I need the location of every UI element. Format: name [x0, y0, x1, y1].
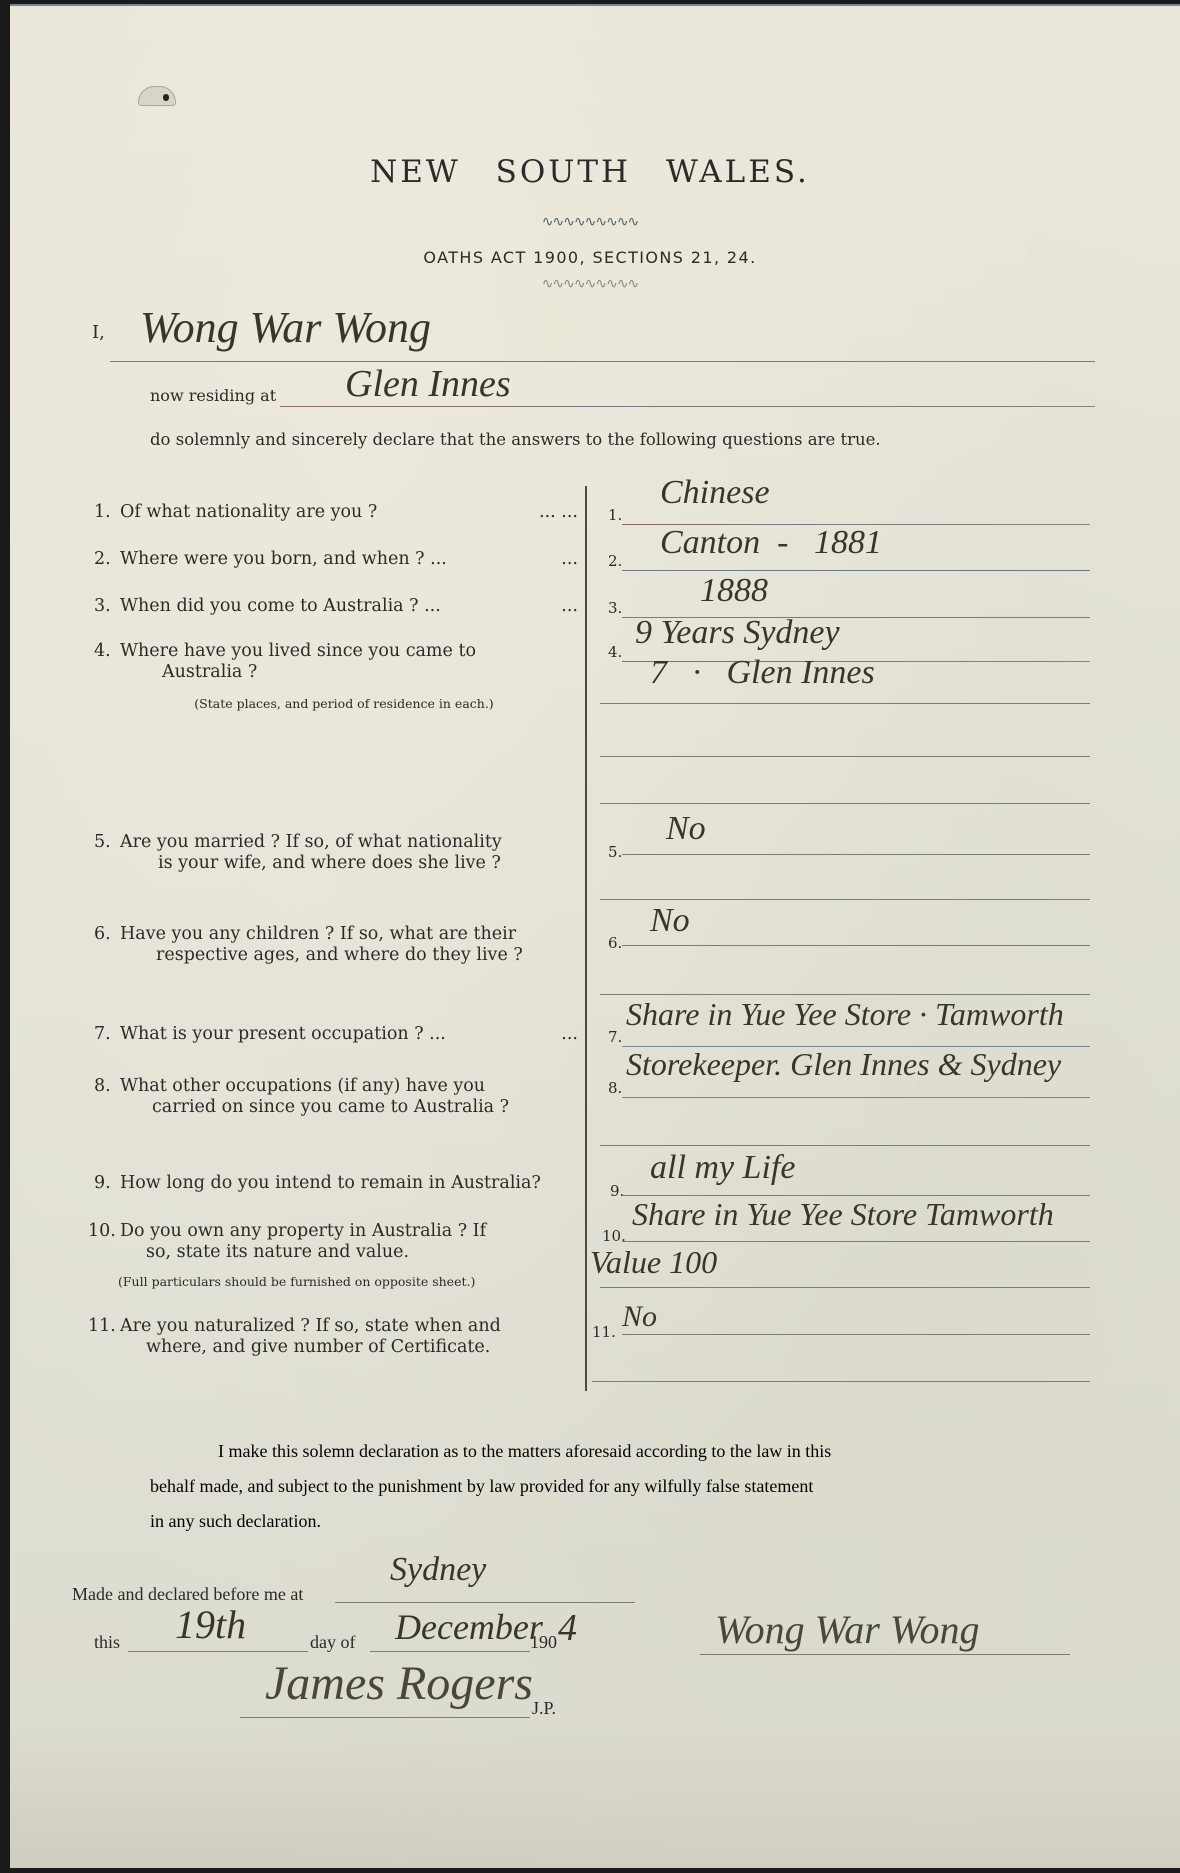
answer-5-number: 5.	[608, 843, 622, 861]
answer-9-field[interactable]: all my Life	[650, 1151, 795, 1185]
answer-3-number: 3.	[608, 599, 622, 617]
answer-11-number: 11.	[592, 1323, 616, 1341]
question-7: 7.What is your present occupation ? ... …	[94, 1024, 584, 1045]
month-field[interactable]: December	[395, 1606, 543, 1648]
question-5: 5.Are you married ? If so, of what natio…	[94, 832, 584, 874]
answer-2-field[interactable]: Canton - 1881	[660, 526, 882, 560]
declarant-signature-line	[700, 1654, 1070, 1655]
answer-10-line2	[600, 1287, 1090, 1288]
residing-label: now residing at	[150, 386, 276, 405]
question-4-note: (State places, and period of residence i…	[94, 693, 584, 714]
name-line	[110, 361, 1095, 362]
residence-line	[280, 406, 1095, 407]
answer-11-line	[622, 1334, 1090, 1335]
day-of-label: day of	[310, 1632, 355, 1653]
answer-5-line	[622, 854, 1090, 855]
declarant-prefix: I,	[92, 322, 105, 343]
page-title: NEW SOUTH WALES.	[0, 154, 1180, 190]
answer-9-number: 9.	[610, 1182, 624, 1200]
ornament-divider-lower: ∿∿∿∿∿∿∿∿∿	[0, 276, 1180, 293]
answer-1-number: 1.	[608, 506, 622, 524]
answer-8-field[interactable]: Storekeeper. Glen Innes & Sydney	[626, 1048, 1061, 1080]
answer-4-line2	[600, 703, 1090, 704]
answer-8-line	[622, 1097, 1090, 1098]
answer-5-line2	[600, 899, 1090, 900]
page-subtitle: OATHS ACT 1900, SECTIONS 21, 24.	[0, 248, 1180, 267]
answer-5-field[interactable]: No	[666, 812, 706, 846]
answer-6-line2	[600, 994, 1090, 995]
answer-11-line2	[592, 1381, 1090, 1382]
place-line	[335, 1602, 635, 1603]
answer-7-number: 7.	[608, 1028, 622, 1046]
column-divider	[585, 486, 587, 1391]
answer-4-line4	[600, 803, 1090, 804]
question-2: 2.Where were you born, and when ? ... ..…	[94, 549, 584, 570]
answer-4-field[interactable]: 9 Years Sydney	[635, 616, 840, 650]
day-line	[128, 1651, 308, 1652]
answer-2-number: 2.	[608, 552, 622, 570]
question-6: 6.Have you any children ? If so, what ar…	[94, 924, 584, 966]
declarant-name-field[interactable]: Wong War Wong	[140, 302, 431, 353]
answer-10-number: 10.	[602, 1227, 626, 1245]
year-prefix: 190	[530, 1632, 557, 1653]
ornament-divider: ∿∿∿∿∿∿∿∿∿	[0, 214, 1180, 231]
question-4: 4.Where have you lived since you came to…	[94, 641, 584, 714]
question-11: 11.Are you naturalized ? If so, state wh…	[88, 1316, 584, 1358]
question-1: 1.Of what nationality are you ? ... ...	[94, 502, 584, 523]
day-field[interactable]: 19th	[175, 1601, 246, 1648]
question-9: 9.How long do you intend to remain in Au…	[94, 1173, 594, 1194]
answer-4-line3	[600, 756, 1090, 757]
this-label: this	[94, 1632, 120, 1653]
jp-signature-line	[240, 1717, 530, 1718]
declared-place-field[interactable]: Sydney	[390, 1551, 486, 1589]
jp-signature[interactable]: James Rogers	[265, 1656, 533, 1711]
answer-6-number: 6.	[608, 934, 622, 952]
year-field[interactable]: 4	[558, 1606, 577, 1650]
answer-8-line2	[600, 1145, 1090, 1146]
answer-2-line	[622, 570, 1090, 571]
declaration-form-page: NEW SOUTH WALES. ∿∿∿∿∿∿∿∿∿ OATHS ACT 190…	[10, 4, 1180, 1868]
answer-4-field-line2[interactable]: 7 · Glen Innes	[650, 656, 875, 690]
answer-10-field-line2[interactable]: Value 100	[590, 1246, 717, 1278]
answer-3-field[interactable]: 1888	[700, 574, 768, 608]
question-3: 3.When did you come to Australia ? ... .…	[94, 596, 584, 617]
question-10-note: (Full particulars should be furnished on…	[88, 1271, 584, 1292]
declaration-paragraph: I make this solemn declaration as to the…	[150, 1434, 1090, 1539]
answer-6-field[interactable]: No	[650, 904, 690, 938]
answer-7-field[interactable]: Share in Yue Yee Store · Tamworth	[626, 998, 1064, 1030]
answer-4-number: 4.	[608, 643, 622, 661]
declare-statement: do solemnly and sincerely declare that t…	[150, 430, 881, 449]
question-10: 10.Do you own any property in Australia …	[88, 1221, 584, 1292]
jp-label: J.P.	[532, 1698, 556, 1719]
answer-1-field[interactable]: Chinese	[660, 476, 770, 510]
answer-6-line	[622, 945, 1090, 946]
answer-11-field[interactable]: No	[622, 1302, 657, 1332]
declarant-signature[interactable]: Wong War Wong	[715, 1606, 980, 1653]
answer-10-field[interactable]: Share in Yue Yee Store Tamworth	[632, 1198, 1054, 1230]
paper-tear-mark	[138, 86, 176, 106]
answer-8-number: 8.	[608, 1079, 622, 1097]
residence-field[interactable]: Glen Innes	[345, 362, 511, 406]
month-line	[370, 1651, 530, 1652]
answer-10-line	[622, 1241, 1090, 1242]
question-8: 8.What other occupations (if any) have y…	[94, 1076, 584, 1118]
